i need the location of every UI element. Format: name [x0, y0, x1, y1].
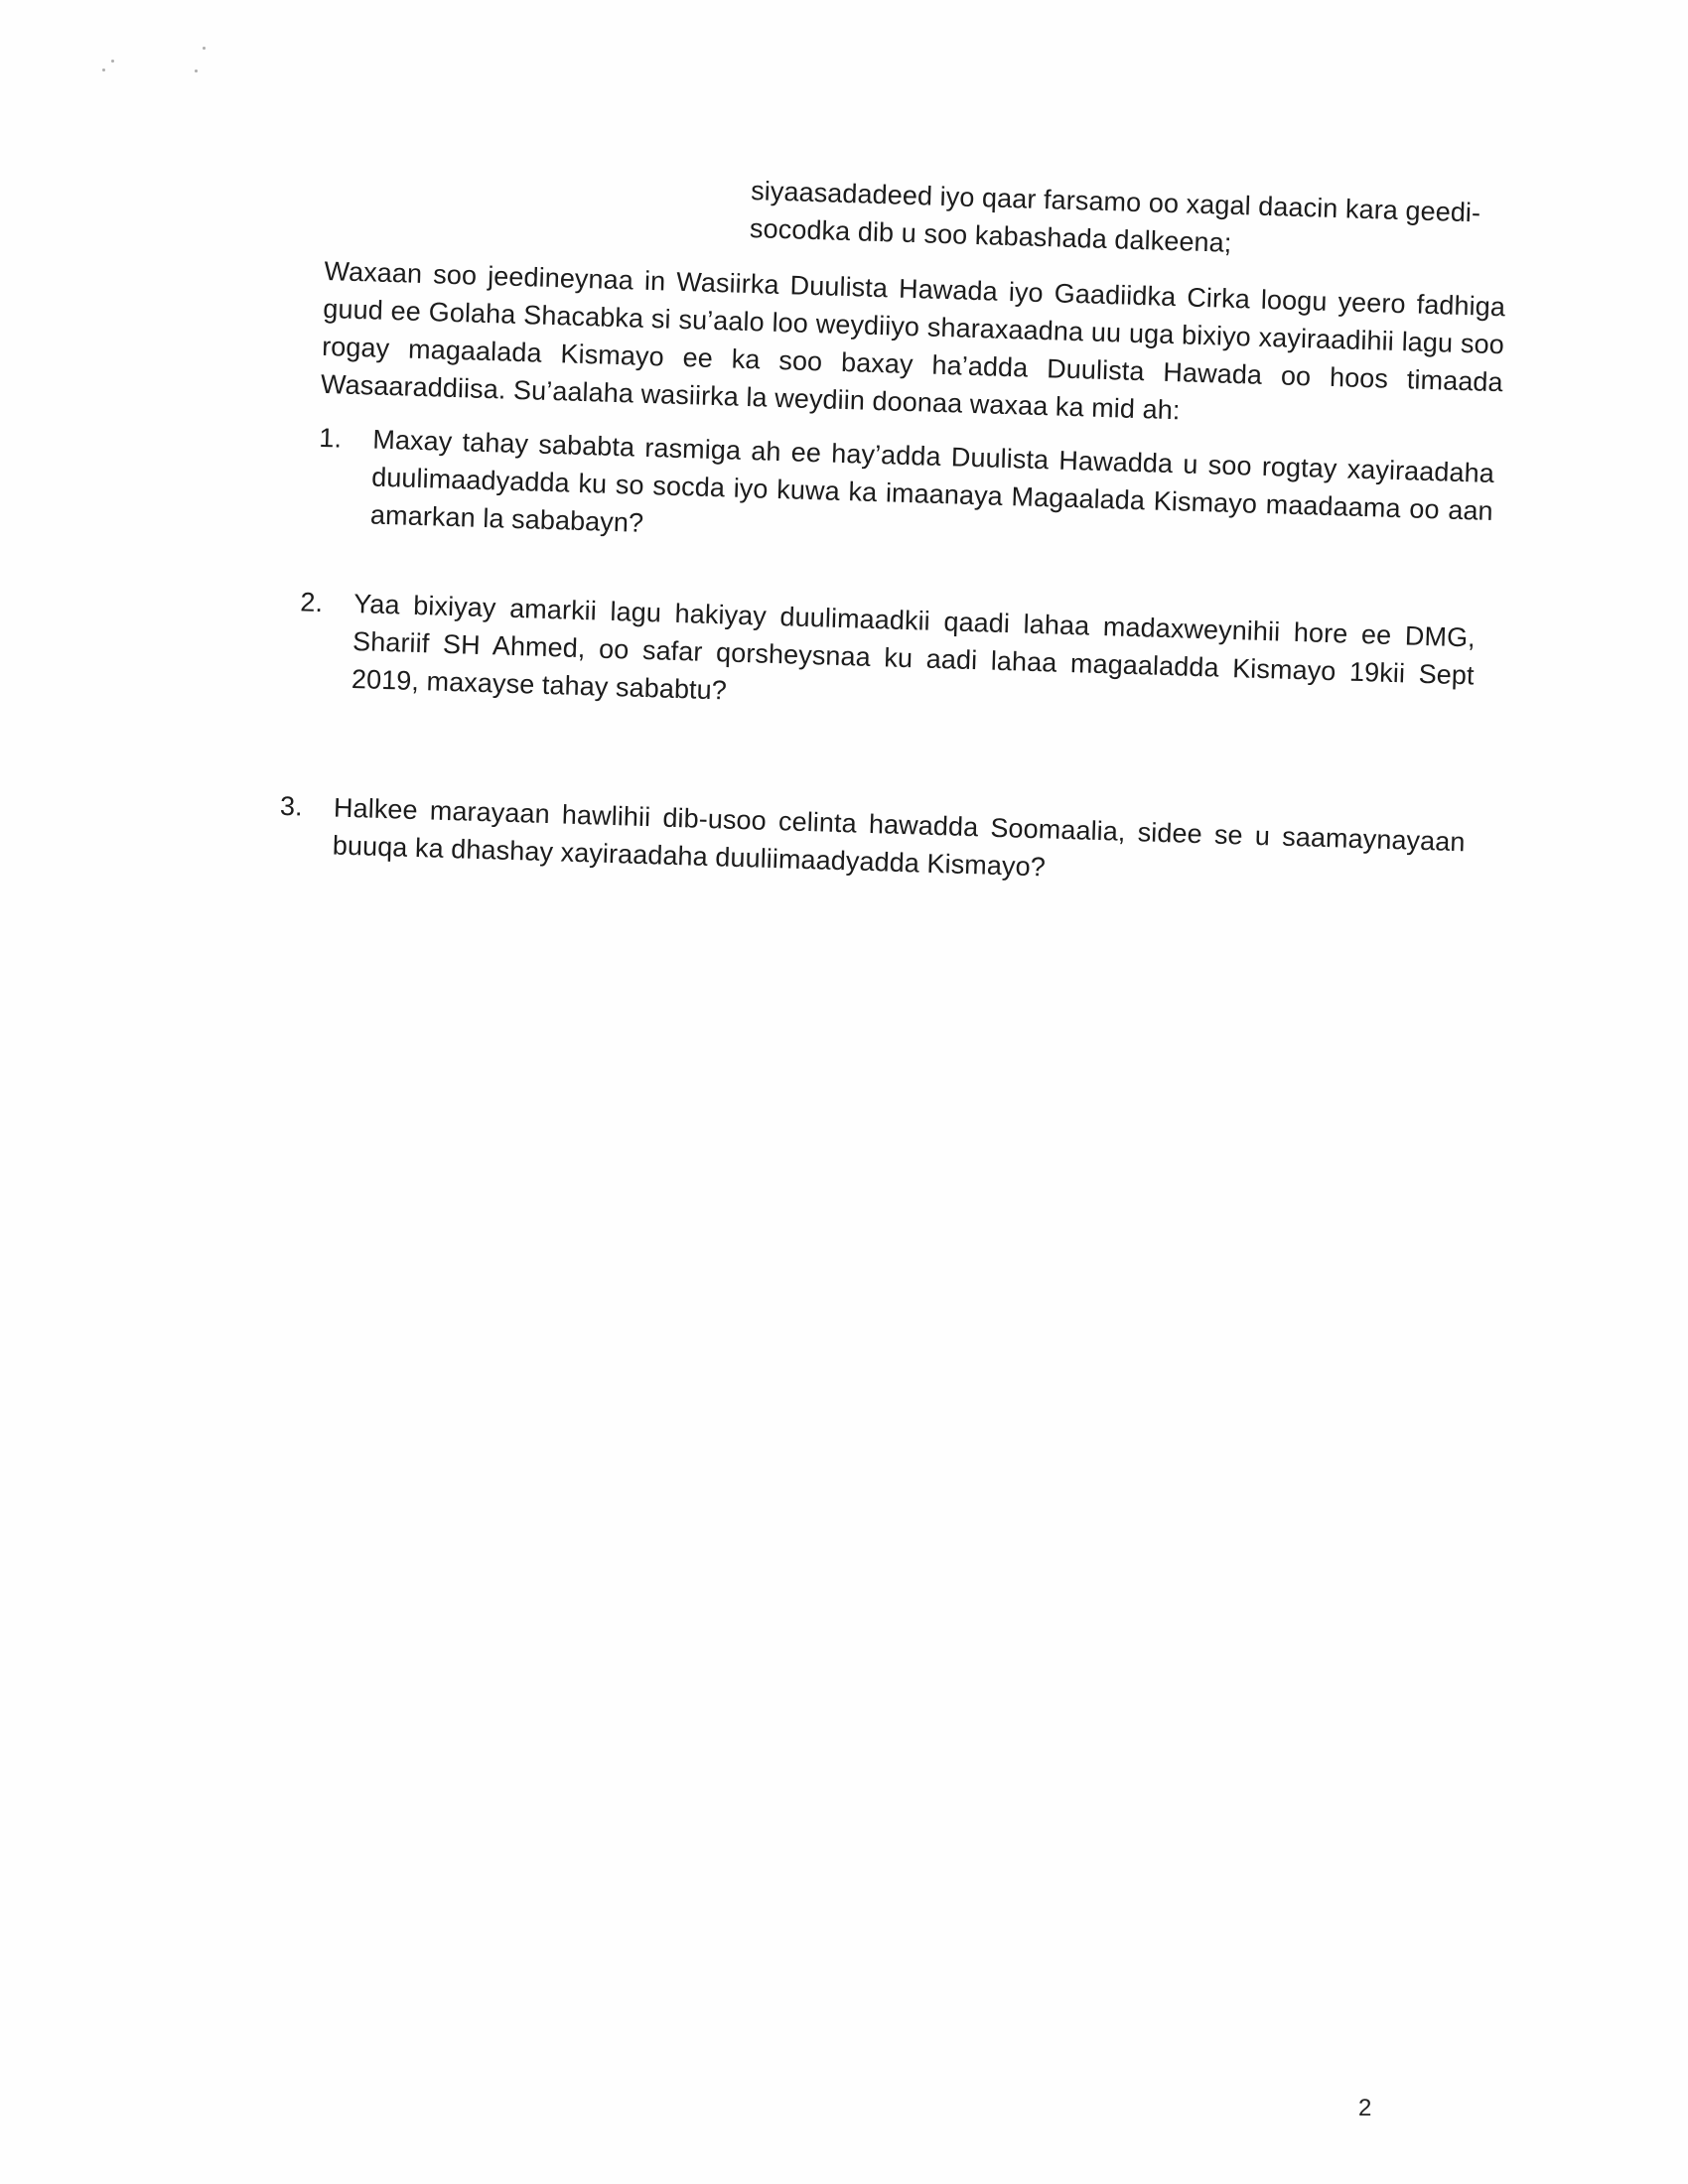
question-text: Maxay tahay sababta rasmiga ah ee hay’ad…	[370, 425, 1495, 538]
question-text: Yaa bixiyay amarkii lagu hakiyay duulima…	[352, 589, 1477, 705]
question-item: 1. Maxay tahay sababta rasmiga ah ee hay…	[327, 419, 1495, 568]
document-body: siyaasadadeed iyo qaar farsamo oo xagal …	[306, 159, 1518, 899]
question-item: 2. Yaa bixiyay amarkii lagu hakiyay duul…	[307, 584, 1476, 733]
intro-paragraph: Waxaan soo jeedineynaa in Wasiirka Duuli…	[320, 252, 1505, 439]
scan-artifact	[102, 68, 105, 71]
question-text: Halkee marayaan hawlihii dib-usoo celint…	[332, 788, 1466, 898]
document-page: siyaasadadeed iyo qaar farsamo oo xagal …	[0, 0, 1688, 2184]
question-number: 3.	[279, 787, 303, 826]
question-list: 1. Maxay tahay sababta rasmiga ah ee hay…	[306, 419, 1510, 899]
scan-artifact	[195, 69, 198, 72]
question-item: 3. Halkee marayaan hawlihii dib-usoo cel…	[288, 787, 1456, 898]
question-number: 1.	[319, 419, 343, 458]
question-number: 2.	[300, 583, 324, 621]
scan-artifact	[111, 60, 114, 63]
page-number: 2	[1358, 2095, 1371, 2122]
scan-artifact	[203, 47, 206, 50]
